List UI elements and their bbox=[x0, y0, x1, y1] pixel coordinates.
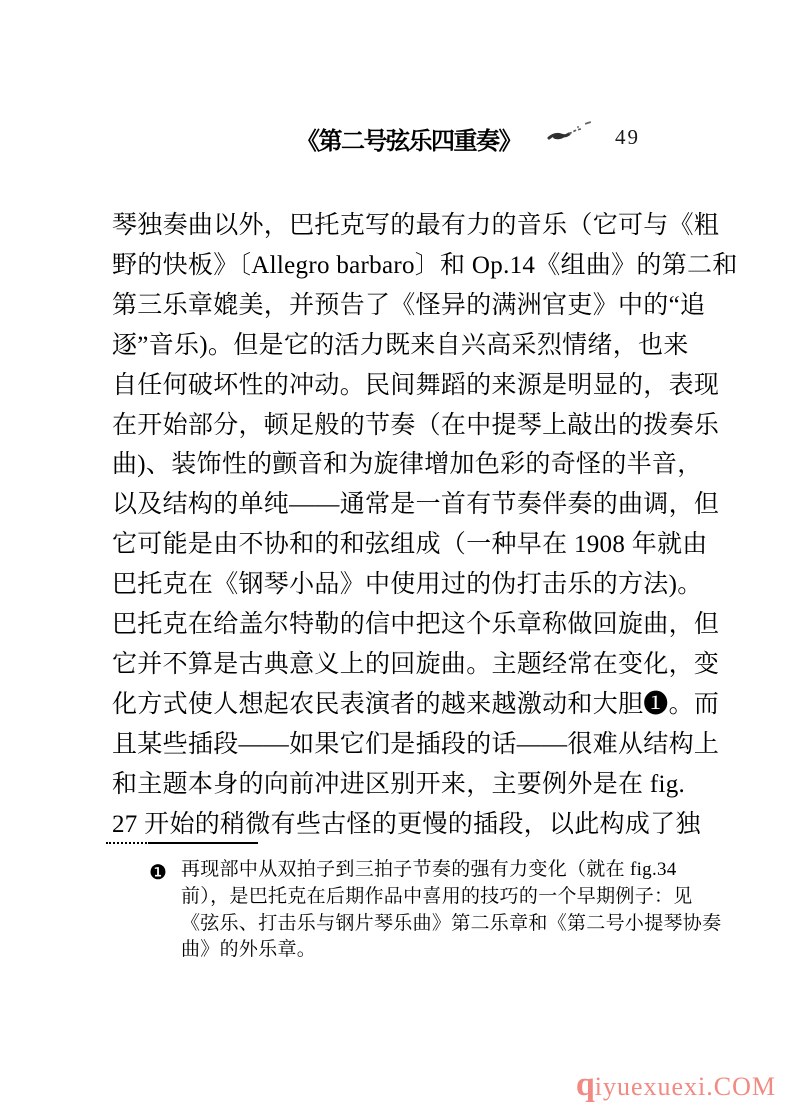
site-watermark: qiyuexuexi.COM bbox=[576, 1068, 776, 1102]
body-text-line: 曲)、装饰性的颤音和为旋律增加色彩的奇怪的半音， bbox=[112, 445, 697, 485]
body-text-line: 第三乐章媲美，并预告了《怪异的满洲官吏》中的“追 bbox=[112, 286, 697, 326]
footnote-divider-dotted-segment bbox=[106, 842, 150, 844]
footnote-line: 《弦乐、打击乐与钢片琴乐曲》第二乐章和《第二号小提琴协奏 bbox=[181, 911, 701, 938]
body-text-line: 逐”音乐)。但是它的活力既来自兴高采烈情绪，也来 bbox=[112, 326, 697, 366]
running-header-title: 《第二号弦乐四重奏》 bbox=[296, 121, 521, 156]
body-text-block: 琴独奏曲以外，巴托克写的最有力的音乐（它可与《粗 野的快板》〔Allegro b… bbox=[112, 206, 697, 845]
body-text-line: 野的快板》〔Allegro barbaro〕和 Op.14《组曲》的第二和 bbox=[112, 246, 697, 286]
body-text-line: 在开始部分，顿足般的节奏（在中提琴上敲出的拨奏乐 bbox=[112, 406, 697, 446]
footnote-divider-solid-segment bbox=[150, 842, 258, 844]
footnote-line: 曲》的外乐章。 bbox=[181, 937, 701, 964]
ink-smudge-mark bbox=[545, 118, 603, 146]
body-text-line: 化方式使人想起农民表演者的越来越激动和大胆❶。而 bbox=[112, 685, 697, 725]
body-text-line: 它可能是由不协和的和弦组成（一种早在 1908 年就由 bbox=[112, 525, 697, 565]
footnote-line: 再现部中从双拍子到三拍子节奏的强有力变化（就在 fig.34 bbox=[181, 857, 701, 884]
footnote-divider bbox=[106, 841, 258, 844]
scanned-book-page: 《第二号弦乐四重奏》 49 琴独奏曲以外，巴托克写的最有力的音乐（它可与《粗 野… bbox=[0, 0, 794, 1120]
footnote-marker: ❶ bbox=[149, 861, 167, 883]
body-text-line: 巴托克在给盖尔特勒的信中把这个乐章称做回旋曲，但 bbox=[112, 605, 697, 645]
body-text-line: 且某些插段——如果它们是插段的话——很难从结构上 bbox=[112, 725, 697, 765]
site-watermark-text: iyuexuexi.COM bbox=[595, 1072, 776, 1101]
body-text-line: 和主题本身的向前冲进区别开来，主要例外是在 fig. bbox=[112, 765, 697, 805]
body-text-line: 27 开始的稍微有些古怪的更慢的插段，以此构成了独 bbox=[112, 805, 697, 845]
page-number: 49 bbox=[615, 125, 640, 150]
body-text-line: 巴托克在《钢琴小品》中使用过的伪打击乐的方法)。 bbox=[112, 565, 697, 605]
body-text-line: 琴独奏曲以外，巴托克写的最有力的音乐（它可与《粗 bbox=[112, 206, 697, 246]
body-text-line: 以及结构的单纯——通常是一首有节奏伴奏的曲调，但 bbox=[112, 485, 697, 525]
site-watermark-lead-letter: q bbox=[576, 1066, 595, 1103]
body-text-line: 它并不算是古典意义上的回旋曲。主题经常在变化，变 bbox=[112, 645, 697, 685]
footnote-text-block: 再现部中从双拍子到三拍子节奏的强有力变化（就在 fig.34 前），是巴托克在后… bbox=[181, 857, 701, 964]
body-text-line: 自任何破坏性的冲动。民间舞蹈的来源是明显的，表现 bbox=[112, 366, 697, 406]
footnote-line: 前），是巴托克在后期作品中喜用的技巧的一个早期例子：见 bbox=[181, 884, 701, 911]
